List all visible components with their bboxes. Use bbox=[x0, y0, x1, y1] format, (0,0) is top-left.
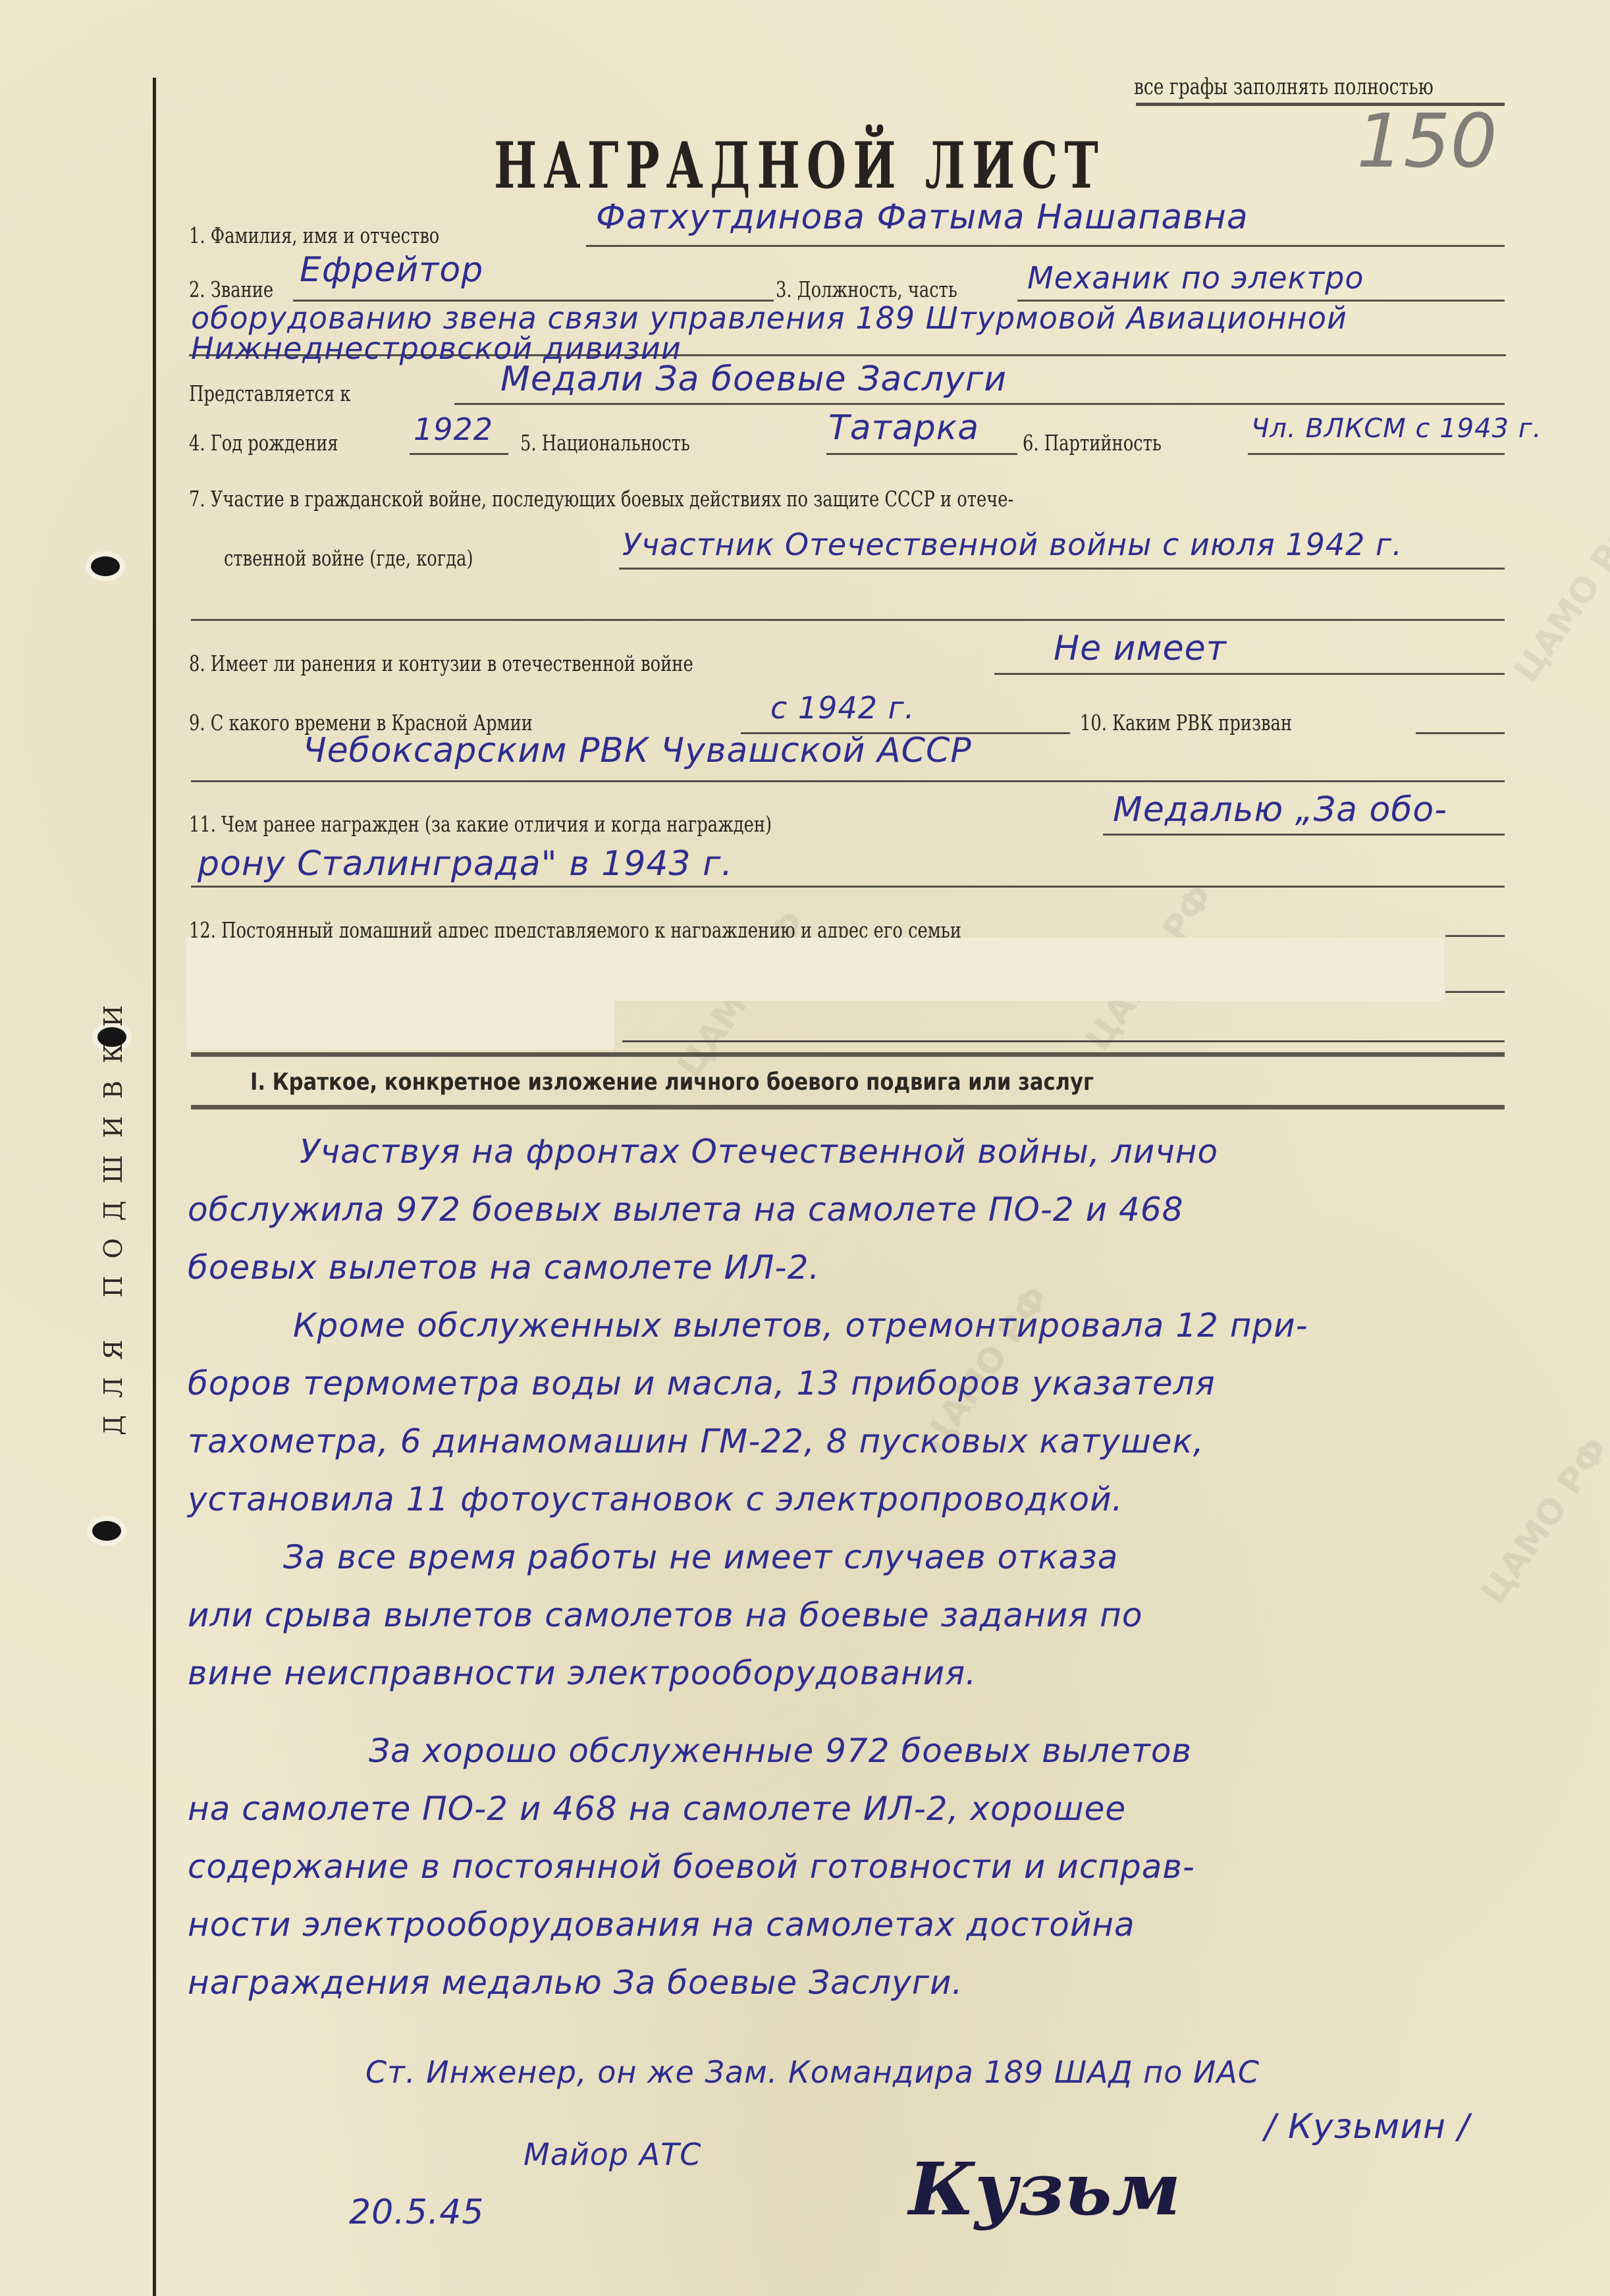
narrative-line: обслужила 972 боевых вылета на самолете … bbox=[188, 1190, 1183, 1229]
field-value-birth-year[interactable]: 1922 bbox=[414, 412, 493, 447]
field-rule bbox=[410, 453, 508, 455]
field-rule bbox=[1445, 935, 1505, 937]
page-number-pencil: 150 bbox=[1356, 99, 1497, 184]
narrative-line: или срыва вылетов самолетов на боевые за… bbox=[188, 1596, 1142, 1634]
field-rule bbox=[454, 403, 1505, 405]
signatory-name: / Кузьмин / bbox=[1264, 2107, 1470, 2147]
field-value-previous-awards-2[interactable]: рону Сталинграда" в 1943 г. bbox=[198, 844, 733, 884]
field-label-war-participation: 7. Участие в гражданской войне, последую… bbox=[189, 486, 1013, 512]
field-value-rank[interactable]: Ефрейтор bbox=[300, 250, 483, 290]
narrative-line: тахометра, 6 динамомашин ГМ-22, 8 пусков… bbox=[188, 1422, 1204, 1460]
field-rule bbox=[1103, 834, 1505, 836]
field-label-previous-awards: 11. Чем ранее награжден (за какие отличи… bbox=[189, 811, 772, 837]
address-redaction bbox=[186, 938, 1444, 1001]
punch-hole bbox=[91, 556, 120, 576]
narrative-line: ности электрооборудования на самолетах д… bbox=[188, 1906, 1135, 1944]
field-label-rvk: 10. Каким РВК призван bbox=[1080, 710, 1292, 735]
field-value-award[interactable]: Медали За боевые Заслуги bbox=[500, 360, 1007, 399]
binding-label: ДЛЯ ПОДШИВКИ bbox=[99, 988, 128, 1435]
narrative-line: содержание в постоянной боевой готовност… bbox=[188, 1848, 1195, 1886]
section-heading: I. Краткое, конкретное изложение личного… bbox=[250, 1069, 1094, 1096]
narrative-line: вине неисправности электрооборудования. bbox=[188, 1654, 977, 1692]
narrative-line: боров термометра воды и масла, 13 прибор… bbox=[188, 1364, 1216, 1402]
field-label-party: 6. Партийность bbox=[1023, 430, 1162, 456]
field-label-position: 3. Должность, часть bbox=[776, 277, 957, 302]
field-value-previous-awards-1[interactable]: Медалью „За обо- bbox=[1113, 790, 1447, 830]
narrative-line: боевых вылетов на самолете ИЛ-2. bbox=[188, 1248, 820, 1287]
header-note: все графы заполнять полностью bbox=[1134, 74, 1434, 100]
archive-watermark: ЦАМО РФ bbox=[1474, 1431, 1610, 1611]
signatory-rank: Майор АТС bbox=[523, 2137, 701, 2172]
field-rule bbox=[1248, 453, 1505, 455]
narrative-line: За все время работы не имеет случаев отк… bbox=[283, 1538, 1118, 1576]
field-value-name[interactable]: Фатхутдинова Фатыма Нашапавна bbox=[596, 198, 1248, 237]
field-rule bbox=[191, 619, 1505, 621]
archive-watermark: ЦАМО РФ bbox=[1507, 509, 1610, 689]
narrative-line: награждения медалью За боевые Заслуги. bbox=[188, 1963, 963, 2002]
field-label-nationality: 5. Национальность bbox=[520, 430, 690, 456]
section-rule bbox=[191, 1105, 1505, 1109]
field-label-war-participation-2: ственной войне (где, когда) bbox=[224, 545, 473, 571]
binding-margin-line bbox=[153, 78, 156, 2296]
signature-scrawl: Кузьм bbox=[909, 2147, 1181, 2231]
field-rule bbox=[1416, 732, 1505, 734]
narrative-line: Участвуя на фронтах Отечественной войны,… bbox=[300, 1133, 1218, 1171]
field-value-party[interactable]: Чл. ВЛКСМ с 1943 г. bbox=[1251, 414, 1542, 444]
field-rule bbox=[586, 245, 1505, 247]
field-value-rvk[interactable]: Чебоксарским РВК Чувашской АССР bbox=[303, 731, 972, 770]
field-label-wounds: 8. Имеет ли ранения и контузии в отечест… bbox=[189, 651, 693, 676]
field-label-name: 1. Фамилия, имя и отчество bbox=[189, 223, 439, 248]
signatory-title: Ст. Инженер, он же Зам. Командира 189 ША… bbox=[365, 2054, 1260, 2090]
punch-hole bbox=[92, 1521, 121, 1541]
field-label-birth-year: 4. Год рождения bbox=[189, 430, 338, 456]
narrative-line: За хорошо обслуженные 972 боевых вылетов bbox=[369, 1732, 1192, 1770]
field-value-war-participation[interactable]: Участник Отечественной войны с июля 1942… bbox=[622, 527, 1403, 562]
field-rule bbox=[619, 568, 1505, 570]
narrative-line: Кроме обслуженных вылетов, отремонтирова… bbox=[293, 1306, 1308, 1345]
document-title: НАГРАДНОЙ ЛИСТ bbox=[494, 128, 1105, 203]
field-rule bbox=[1445, 991, 1505, 993]
field-label-award: Представляется к bbox=[189, 381, 350, 406]
field-value-position-line1[interactable]: Механик по электро bbox=[1027, 260, 1364, 296]
field-value-nationality[interactable]: Татарка bbox=[828, 408, 979, 448]
narrative-line: установила 11 фотоустановок с электропро… bbox=[188, 1480, 1123, 1518]
field-value-army-since[interactable]: с 1942 г. bbox=[770, 690, 915, 726]
field-label-rank: 2. Звание bbox=[189, 277, 273, 302]
narrative-line: на самолете ПО-2 и 468 на самолете ИЛ-2,… bbox=[188, 1790, 1126, 1828]
section-rule bbox=[191, 1052, 1505, 1057]
field-rule bbox=[994, 673, 1505, 675]
signature-date: 20.5.45 bbox=[349, 2193, 484, 2232]
field-rule bbox=[826, 453, 1017, 455]
field-value-wounds[interactable]: Не имеет bbox=[1054, 629, 1227, 668]
field-rule bbox=[191, 780, 1505, 782]
field-rule bbox=[622, 1040, 1505, 1042]
field-rule bbox=[191, 886, 1505, 888]
address-redaction bbox=[186, 1000, 614, 1050]
